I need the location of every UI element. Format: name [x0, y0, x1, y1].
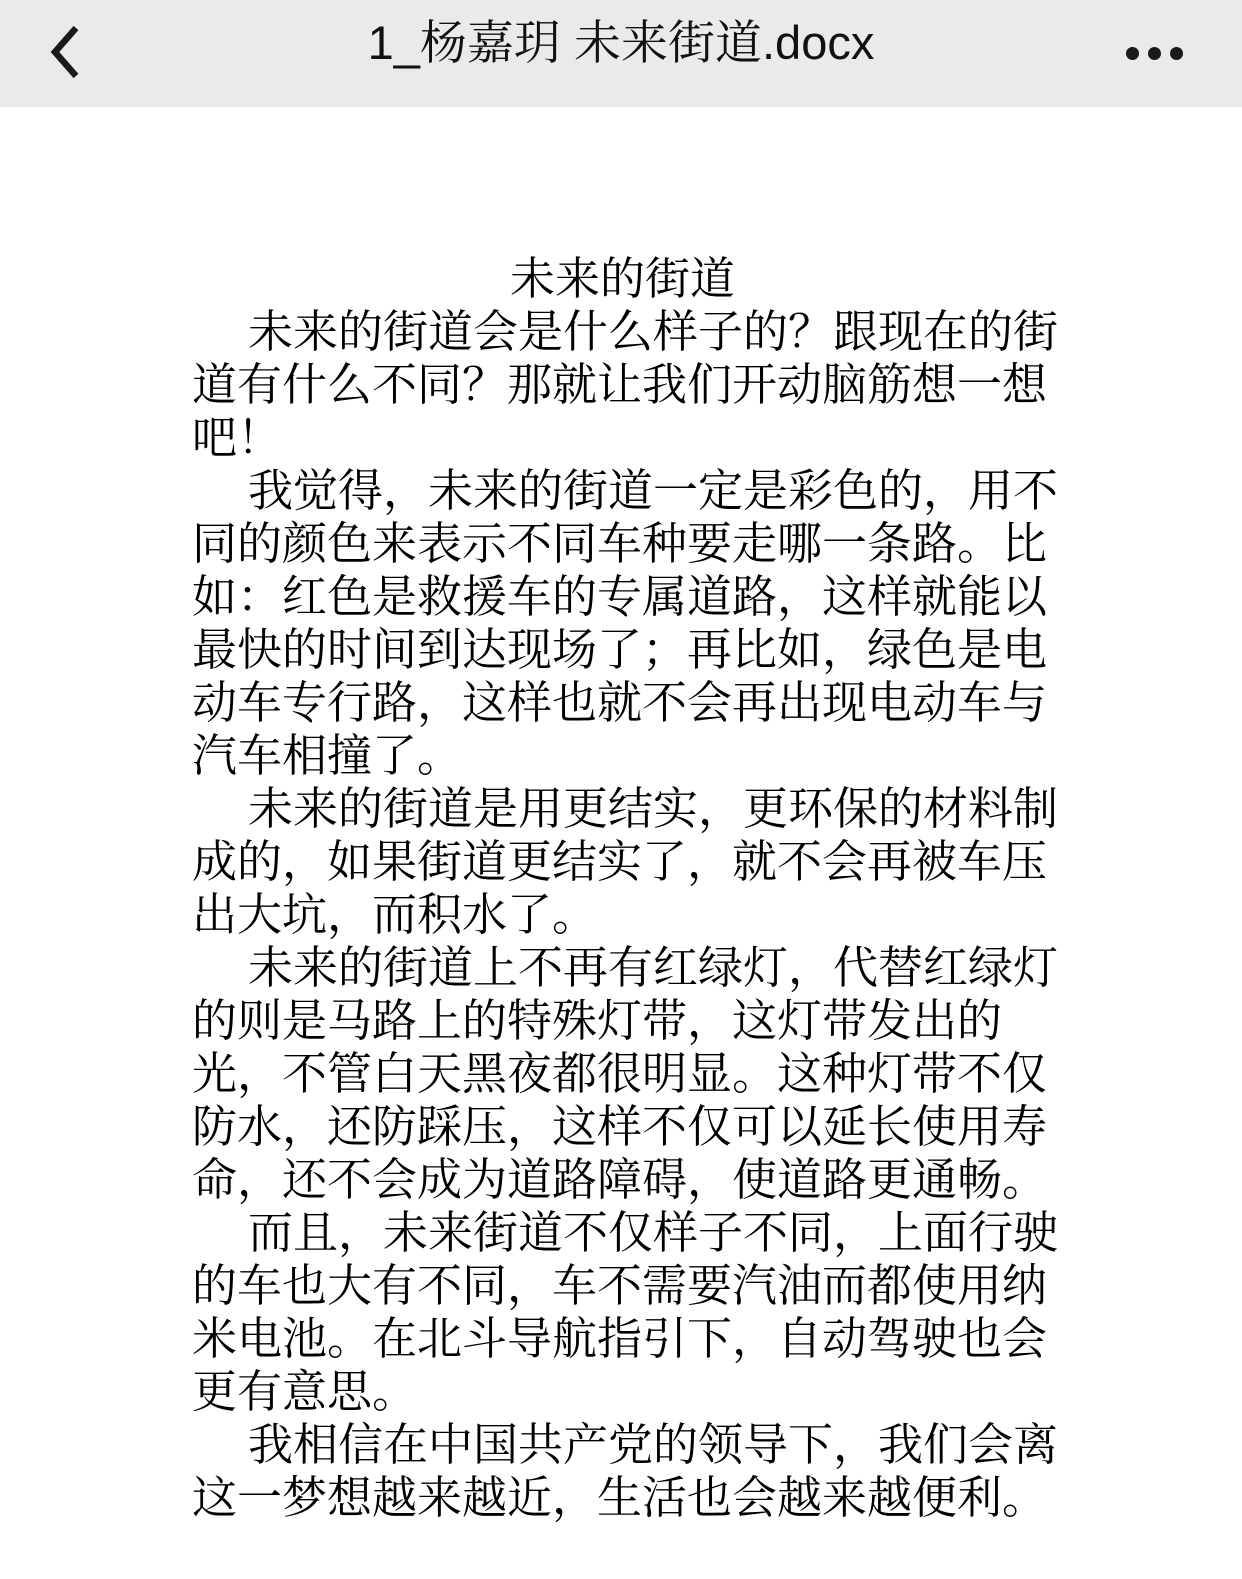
- text-line: 出大坑，而积水了。: [192, 888, 1053, 941]
- text-line: 的车也大有不同，车不需要汽油而都使用纳: [192, 1259, 1053, 1312]
- text-line: 汽车相撞了。: [192, 729, 1053, 782]
- text-line: 我相信在中国共产党的领导下，我们会离: [192, 1418, 1053, 1471]
- document-title-bar: 1_杨嘉玥 未来街道.docx: [120, 12, 1122, 74]
- text-line: 命，还不会成为道路障碍，使道路更通畅。: [192, 1153, 1053, 1206]
- text-line: 光，不管白天黑夜都很明显。这种灯带不仅: [192, 1047, 1053, 1100]
- text-line: 如：红色是救援车的专属道路，这样就能以: [192, 570, 1053, 623]
- dot: [1126, 47, 1139, 60]
- ellipsis-icon: [1126, 47, 1183, 60]
- text-line: 而且，未来街道不仅样子不同，上面行驶: [192, 1206, 1053, 1259]
- paragraph: 我觉得，未来的街道一定是彩色的，用不同的颜色来表示不同车种要走哪一条路。比如：红…: [192, 464, 1053, 782]
- navbar: 1_杨嘉玥 未来街道.docx: [0, 0, 1242, 107]
- text-line: 的则是马路上的特殊灯带，这灯带发出的: [192, 994, 1053, 1047]
- text-line: 这一梦想越来越近，生活也会越来越便利。: [192, 1471, 1053, 1524]
- dot: [1148, 47, 1161, 60]
- text-line: 未来的街道上不再有红绿灯，代替红绿灯: [192, 941, 1053, 994]
- text-line: 米电池。在北斗导航指引下，自动驾驶也会: [192, 1312, 1053, 1365]
- text-line: 同的颜色来表示不同车种要走哪一条路。比: [192, 517, 1053, 570]
- file-preview-screen: 1_杨嘉玥 未来街道.docx 未来的街道未来的街道会是什么样子的？跟现在的街道…: [0, 0, 1242, 1579]
- text-line: 吧！: [192, 411, 1053, 464]
- paragraph: 而且，未来街道不仅样子不同，上面行驶的车也大有不同，车不需要汽油而都使用纳米电池…: [192, 1206, 1053, 1418]
- paragraph: 未来的街道上不再有红绿灯，代替红绿灯的则是马路上的特殊灯带，这灯带发出的光，不管…: [192, 941, 1053, 1206]
- chevron-left-icon: [48, 23, 82, 84]
- text-line: 最快的时间到达现场了；再比如，绿色是电: [192, 623, 1053, 676]
- paragraph: 未来的街道是用更结实，更环保的材料制成的，如果街道更结实了，就不会再被车压出大坑…: [192, 782, 1053, 941]
- text-line: 未来的街道: [192, 252, 1053, 305]
- text-line: 我觉得，未来的街道一定是彩色的，用不: [192, 464, 1053, 517]
- text-line: 动车专行路，这样也就不会再出现电动车与: [192, 676, 1053, 729]
- text-line: 成的，如果街道更结实了，就不会再被车压: [192, 835, 1053, 888]
- text-line: 未来的街道是用更结实，更环保的材料制: [192, 782, 1053, 835]
- document-title: 未来的街道: [192, 252, 1053, 305]
- more-options-button[interactable]: [1126, 0, 1183, 107]
- text-line: 道有什么不同？那就让我们开动脑筋想一想: [192, 358, 1053, 411]
- back-button[interactable]: [20, 0, 110, 107]
- document-scroll-area[interactable]: 未来的街道未来的街道会是什么样子的？跟现在的街道有什么不同？那就让我们开动脑筋想…: [0, 107, 1242, 1524]
- paragraph: 我相信在中国共产党的领导下，我们会离这一梦想越来越近，生活也会越来越便利。: [192, 1418, 1053, 1524]
- dot: [1170, 47, 1183, 60]
- text-line: 防水，还防踩压，这样不仅可以延长使用寿: [192, 1100, 1053, 1153]
- text-line: 更有意思。: [192, 1365, 1053, 1418]
- paragraph: 未来的街道会是什么样子的？跟现在的街道有什么不同？那就让我们开动脑筋想一想吧！: [192, 305, 1053, 464]
- text-line: 未来的街道会是什么样子的？跟现在的街: [192, 305, 1053, 358]
